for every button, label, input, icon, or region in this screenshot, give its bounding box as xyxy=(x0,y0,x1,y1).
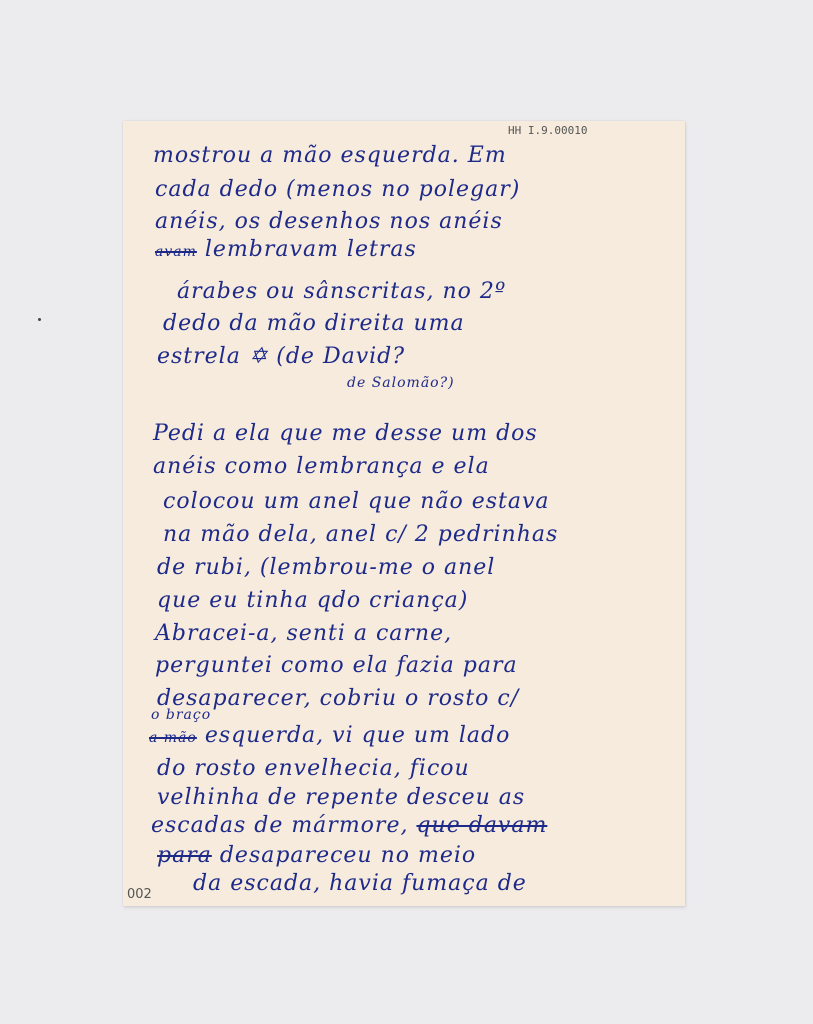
manuscript-page: HH I.9.00010 mostrou a mão esquerda. Em … xyxy=(123,121,685,906)
scan-dust-mark xyxy=(38,318,41,321)
struck-word: para xyxy=(157,843,212,868)
struck-word: que davam xyxy=(416,813,547,838)
text-line-20: velhinha de repente desceu as xyxy=(157,785,525,810)
text-line-19: do rosto envelhecia, ficou xyxy=(157,756,470,781)
text-line-5: árabes ou sânscritas, no 2º xyxy=(177,279,506,304)
text-line-15: Abracei-a, senti a carne, xyxy=(155,621,452,646)
text-line-16: perguntei como ela fazia para xyxy=(155,653,518,678)
line-text: escadas de mármore, xyxy=(151,813,408,838)
text-line-18: a mão esquerda, vi que um lado xyxy=(149,723,510,748)
text-line-2: cada dedo (menos no polegar) xyxy=(155,177,520,202)
text-line-3: anéis, os desenhos nos anéis xyxy=(155,209,503,234)
text-line-4: avam lembravam letras xyxy=(155,237,417,262)
inserted-text: o braço xyxy=(151,707,211,723)
text-line-1: mostrou a mão esquerda. Em xyxy=(153,143,507,168)
text-line-22: para desapareceu no meio xyxy=(157,843,476,868)
text-line-21: escadas de mármore, que davam xyxy=(151,813,547,838)
text-line-9: Pedi a ela que me desse um dos xyxy=(153,421,538,446)
text-line-12: na mão dela, anel c/ 2 pedrinhas xyxy=(163,522,558,547)
text-line-10: anéis como lembrança e ela xyxy=(153,454,490,479)
text-line-11: colocou um anel que não estava xyxy=(163,489,550,514)
struck-word: avam xyxy=(155,244,197,260)
text-line-23: da escada, havia fumaça de xyxy=(193,871,527,896)
line-text: esquerda, vi que um lado xyxy=(205,723,511,748)
text-line-17: desaparecer, cobriu o rosto c/ xyxy=(157,686,519,711)
text-line-6: dedo da mão direita uma xyxy=(163,311,465,336)
archive-id: HH I.9.00010 xyxy=(508,124,587,137)
struck-word: a mão xyxy=(149,730,197,746)
text-line-8: de Salomão?) xyxy=(347,375,455,391)
text-line-14: que eu tinha qdo criança) xyxy=(157,588,468,613)
line-text: desapareceu no meio xyxy=(220,843,476,868)
text-line-7: estrela ✡ (de David? xyxy=(157,344,405,369)
text-line-13: de rubi, (lembrou-me o anel xyxy=(157,555,495,580)
line-text: lembravam letras xyxy=(205,237,417,262)
page-number: 002 xyxy=(127,887,152,902)
